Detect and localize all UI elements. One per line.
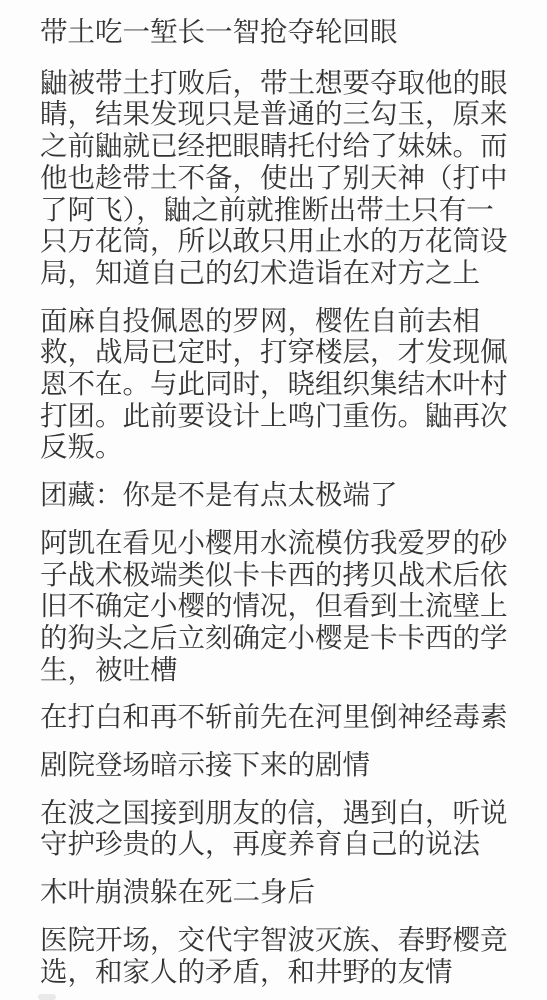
paragraph: 团藏：你是不是有点太极端了 <box>40 479 510 511</box>
paragraph: 在打白和再不斩前先在河里倒神经毒素 <box>40 701 510 733</box>
paragraph: 木叶崩溃躲在死二身后 <box>40 876 510 908</box>
paragraph: 医院开场，交代宇智波灭族、春野樱竞选，和家人的矛盾，和井野的友情 <box>40 924 510 987</box>
page-title: 带土吃一堑长一智抢夺轮回眼 <box>40 16 510 48</box>
paragraph: 在波之国接到朋友的信，遇到白，听说守护珍贵的人，再度养育自己的说法 <box>40 797 510 860</box>
paragraph: 阿凯在看见小樱用水流模仿我爱罗的砂子战术极端类似卡卡西的拷贝战术后依旧不确定小樱… <box>40 527 510 686</box>
paragraph: 面麻自投佩恩的罗网，樱佐自前去相救，战局已定时，打穿楼层，才发现佩恩不在。与此同… <box>40 305 510 464</box>
next-line-cutoff-remnant <box>38 994 56 1000</box>
paragraph: 剧院登场暗示接下来的剧情 <box>40 749 510 781</box>
paragraph: 鼬被带土打败后，带土想要夺取他的眼睛，结果发现只是普通的三勾玉，原来之前鼬就已经… <box>40 67 510 289</box>
document-page: 带土吃一堑长一智抢夺轮回眼 鼬被带土打败后，带土想要夺取他的眼睛，结果发现只是普… <box>0 0 547 1000</box>
